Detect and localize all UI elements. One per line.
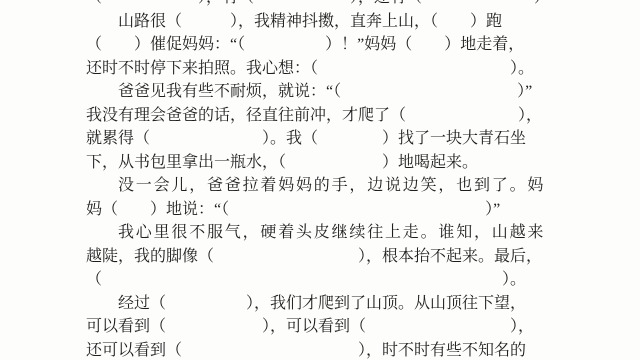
- worksheet-line-14: 可以看到（ ），可以看到（ ），: [86, 315, 576, 339]
- worksheet-line-7: 下，从书包里拿出一瓶水，（ ）地喝起来。: [86, 151, 576, 175]
- worksheet-line-8: 没一会儿，爸爸拉着妈妈的手，边说边笑，也到了。妈: [86, 174, 576, 198]
- worksheet-line-11: 越陡，我的脚像（ ），根本抬不起来。最后，: [86, 245, 576, 269]
- worksheet-line-12: （ ）。: [86, 268, 576, 292]
- document-page: （ ），有（ ），还有（ ） 山路很（ ），我精神抖擞，直奔上山，（ ）跑 （ …: [0, 0, 640, 360]
- worksheet-line-13: 经过（ ），我们才爬到了山顶。从山顶往下望，: [86, 292, 576, 316]
- worksheet-line-6: 就累得（ ）。我（ ）找了一块大青石坐: [86, 127, 576, 151]
- worksheet-line-9: 妈（ ）地说：“（ ）”: [86, 198, 576, 222]
- worksheet-text-block: （ ），有（ ），还有（ ） 山路很（ ），我精神抖擞，直奔上山，（ ）跑 （ …: [86, 0, 576, 360]
- worksheet-line-10: 我心里很不服气，硬着头皮继续往上走。谁知，山越来: [86, 221, 576, 245]
- worksheet-line-2: （ ）催促妈妈：“（ ）！”妈妈（ ）地走着，: [86, 33, 576, 57]
- worksheet-line-0-partial: （ ），有（ ），还有（ ）: [86, 0, 576, 10]
- worksheet-line-15: 还可以看到（ ），时不时有些不知名的: [86, 339, 576, 360]
- worksheet-line-1: 山路很（ ），我精神抖擞，直奔上山，（ ）跑: [86, 10, 576, 34]
- worksheet-line-5: 我没有理会爸爸的话，径直往前冲，才爬了（ ），: [86, 104, 576, 128]
- worksheet-line-3: 还时不时停下来拍照。我心想：（ ）。: [86, 57, 576, 81]
- worksheet-line-4: 爸爸见我有些不耐烦，就说：“（ ）”: [86, 80, 576, 104]
